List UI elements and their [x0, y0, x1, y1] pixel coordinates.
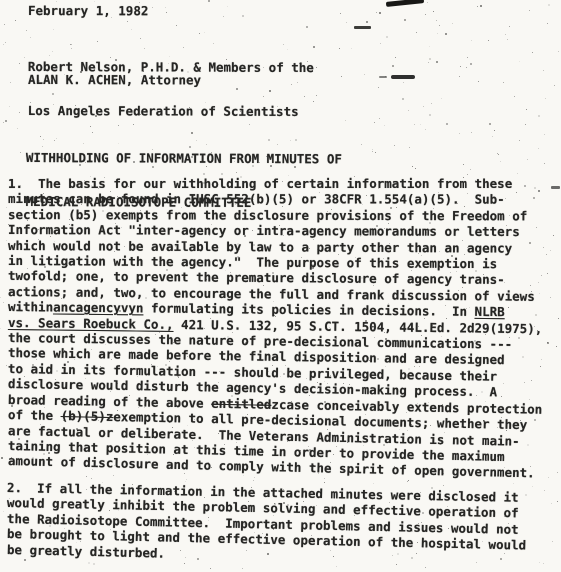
noise-speck: [364, 74, 365, 75]
noise-speck: [436, 20, 437, 21]
noise-speck: [525, 124, 526, 125]
noise-speck: [345, 120, 346, 121]
noise-speck: [402, 98, 404, 100]
noise-speck: [548, 4, 550, 6]
noise-speck: [376, 12, 377, 13]
noise-speck: [507, 39, 508, 40]
noise-speck: [505, 34, 506, 35]
noise-speck: [446, 123, 448, 125]
noise-speck: [26, 30, 27, 31]
struck-text: (b)(5)z: [61, 408, 114, 424]
text-run: of the: [8, 407, 61, 423]
noise-speck: [243, 475, 244, 476]
noise-speck: [543, 70, 544, 71]
noise-speck: [466, 67, 467, 68]
noise-speck: [166, 12, 167, 13]
noise-speck: [433, 11, 434, 12]
noise-speck: [532, 52, 533, 53]
noise-speck: [470, 63, 472, 65]
noise-speck: [131, 29, 132, 30]
noise-speck: [408, 110, 409, 111]
noise-speck: [492, 136, 493, 137]
text-line: 1. The basis for our withholding of cert…: [8, 176, 561, 191]
noise-speck: [0, 297, 1, 298]
noise-speck: [3, 302, 4, 303]
noise-speck: [489, 123, 491, 125]
noise-speck: [526, 109, 527, 110]
noise-speck: [415, 168, 416, 169]
text-run: within: [8, 299, 53, 314]
noise-speck: [379, 12, 381, 14]
noise-speck: [372, 149, 373, 150]
noise-speck: [459, 76, 460, 77]
noise-speck: [415, 0, 416, 1]
noise-speck: [431, 103, 432, 104]
title-line: WITHHOLDING OF INFORMATION FROM MINUTES …: [26, 151, 342, 167]
noise-speck: [545, 98, 546, 99]
noise-speck: [519, 61, 520, 62]
noise-speck: [6, 207, 7, 208]
noise-speck: [10, 82, 11, 83]
text-run: section (b5) exempts from the disclosure…: [8, 207, 527, 223]
noise-speck: [53, 29, 54, 30]
scan-artifact-dash: [354, 26, 371, 29]
noise-speck: [19, 63, 20, 64]
text-run: 1. The basis for our withholding of cert…: [8, 176, 512, 191]
noise-speck: [24, 57, 25, 58]
noise-speck: [341, 76, 342, 77]
noise-speck: [517, 173, 518, 174]
noise-speck: [558, 51, 559, 52]
underlined-text: ancagencyvyn: [53, 300, 143, 316]
noise-speck: [165, 7, 166, 8]
underlined-text: vs. Sears Roebuck Co.,: [8, 315, 174, 332]
noise-speck: [361, 144, 362, 145]
noise-speck: [374, 122, 375, 123]
noise-speck: [306, 26, 308, 28]
noise-speck: [429, 58, 431, 60]
noise-speck: [340, 13, 341, 14]
noise-speck: [3, 122, 4, 123]
noise-speck: [19, 112, 20, 113]
noise-speck: [425, 129, 426, 130]
noise-speck: [471, 40, 472, 41]
noise-speck: [470, 169, 471, 170]
noise-speck: [429, 114, 431, 116]
noise-speck: [392, 65, 394, 67]
noise-speck: [477, 6, 478, 7]
date-line: February 1, 1982: [28, 4, 148, 19]
noise-speck: [459, 133, 460, 134]
noise-speck: [439, 25, 440, 26]
noise-speck: [514, 96, 515, 97]
noise-speck: [394, 145, 395, 146]
scan-artifact-smudge: [391, 75, 415, 79]
noise-speck: [471, 132, 472, 133]
noise-speck: [478, 81, 479, 82]
noise-speck: [242, 15, 244, 17]
noise-speck: [372, 151, 373, 152]
noise-speck: [437, 33, 438, 34]
text-run: Information Act "inter-agency or intra-a…: [8, 222, 520, 239]
noise-speck: [503, 82, 504, 83]
noise-speck: [254, 477, 255, 478]
noise-speck: [498, 154, 499, 155]
noise-speck: [9, 106, 10, 107]
noise-speck: [4, 24, 5, 25]
noise-speck: [423, 106, 424, 107]
noise-speck: [436, 61, 438, 63]
noise-speck: [113, 475, 114, 476]
noise-speck: [210, 568, 211, 569]
noise-speck: [414, 124, 415, 125]
noise-speck: [5, 120, 7, 122]
noise-speck: [242, 568, 243, 569]
noise-speck: [56, 1, 57, 2]
noise-speck: [403, 82, 404, 83]
text-line: Information Act "inter-agency or intra-a…: [8, 222, 561, 240]
noise-speck: [452, 23, 453, 24]
noise-speck: [24, 559, 26, 561]
document-page: February 1, 1982 Robert Nelson, P.H.D. &…: [0, 0, 561, 572]
attorney-line: ALAN K. ACHEN, Attorney: [28, 73, 201, 88]
noise-speck: [441, 98, 442, 99]
noise-speck: [544, 134, 545, 135]
noise-speck: [480, 5, 482, 7]
noise-speck: [416, 32, 417, 33]
noise-speck: [3, 44, 4, 45]
text-run: minutes can be found in IUSC 552(b)(5) o…: [8, 191, 505, 207]
noise-speck: [385, 76, 386, 77]
noise-speck: [378, 87, 379, 88]
noise-speck: [339, 48, 340, 49]
noise-speck: [529, 10, 530, 11]
noise-speck: [127, 21, 128, 22]
noise-speck: [428, 62, 429, 63]
noise-speck: [519, 140, 520, 141]
noise-speck: [538, 148, 539, 149]
noise-speck: [445, 33, 447, 35]
noise-speck: [0, 328, 1, 329]
paragraph-2: 2. If all the information in the attache…: [7, 480, 560, 557]
noise-speck: [420, 124, 421, 125]
noise-speck: [316, 95, 317, 96]
noise-speck: [544, 163, 545, 164]
noise-speck: [463, 164, 464, 165]
noise-speck: [86, 476, 87, 477]
text-run: be greatly disturbed.: [7, 542, 165, 561]
noise-speck: [527, 159, 528, 160]
noise-speck: [375, 152, 376, 153]
noise-speck: [91, 478, 92, 479]
noise-speck: [427, 2, 428, 3]
noise-speck: [366, 21, 368, 23]
noise-speck: [467, 57, 468, 58]
noise-speck: [386, 36, 388, 38]
paragraph-1: 1. The basis for our withholding of cert…: [8, 176, 561, 469]
noise-speck: [17, 128, 18, 129]
noise-speck: [227, 6, 228, 7]
noise-speck: [5, 42, 6, 43]
noise-speck: [380, 43, 381, 44]
noise-speck: [538, 115, 540, 117]
noise-speck: [497, 153, 498, 154]
noise-speck: [404, 19, 406, 21]
noise-speck: [6, 365, 7, 366]
noise-speck: [379, 118, 380, 119]
text-line: section (b5) exempts from the disclosure…: [8, 207, 561, 224]
noise-speck: [208, 0, 210, 2]
noise-speck: [384, 125, 385, 126]
struck-text: entitled: [211, 395, 271, 411]
noise-speck: [1, 457, 3, 459]
noise-speck: [184, 563, 185, 564]
noise-speck: [412, 166, 413, 167]
noise-speck: [3, 511, 4, 512]
noise-speck: [336, 566, 337, 567]
noise-speck: [346, 22, 347, 23]
noise-speck: [460, 66, 461, 67]
noise-speck: [425, 14, 426, 15]
noise-speck: [488, 40, 489, 41]
noise-speck: [94, 1, 95, 2]
recipient-line: Los Angeles Federation of Scientists: [28, 103, 314, 118]
noise-speck: [93, 563, 95, 565]
noise-speck: [467, 174, 468, 175]
noise-speck: [324, 478, 325, 479]
noise-speck: [88, 562, 90, 564]
noise-speck: [494, 130, 495, 131]
noise-speck: [547, 23, 548, 24]
noise-speck: [176, 25, 177, 26]
noise-speck: [395, 57, 396, 58]
noise-speck: [554, 85, 555, 86]
noise-speck: [500, 161, 501, 162]
noise-speck: [223, 16, 224, 17]
text-line: minutes can be found in IUSC 552(b)(5) o…: [8, 191, 561, 207]
noise-speck: [351, 48, 352, 49]
noise-speck: [20, 152, 21, 153]
noise-speck: [429, 46, 430, 47]
noise-speck: [316, 67, 317, 68]
scan-artifact-tick: [379, 76, 387, 78]
noise-speck: [152, 7, 153, 8]
underlined-text: NLRB: [475, 304, 505, 319]
noise-speck: [15, 20, 16, 21]
scan-artifact-blob: [386, 0, 424, 7]
noise-speck: [509, 26, 510, 27]
noise-speck: [409, 147, 410, 148]
noise-speck: [184, 473, 185, 474]
noise-speck: [6, 240, 7, 241]
